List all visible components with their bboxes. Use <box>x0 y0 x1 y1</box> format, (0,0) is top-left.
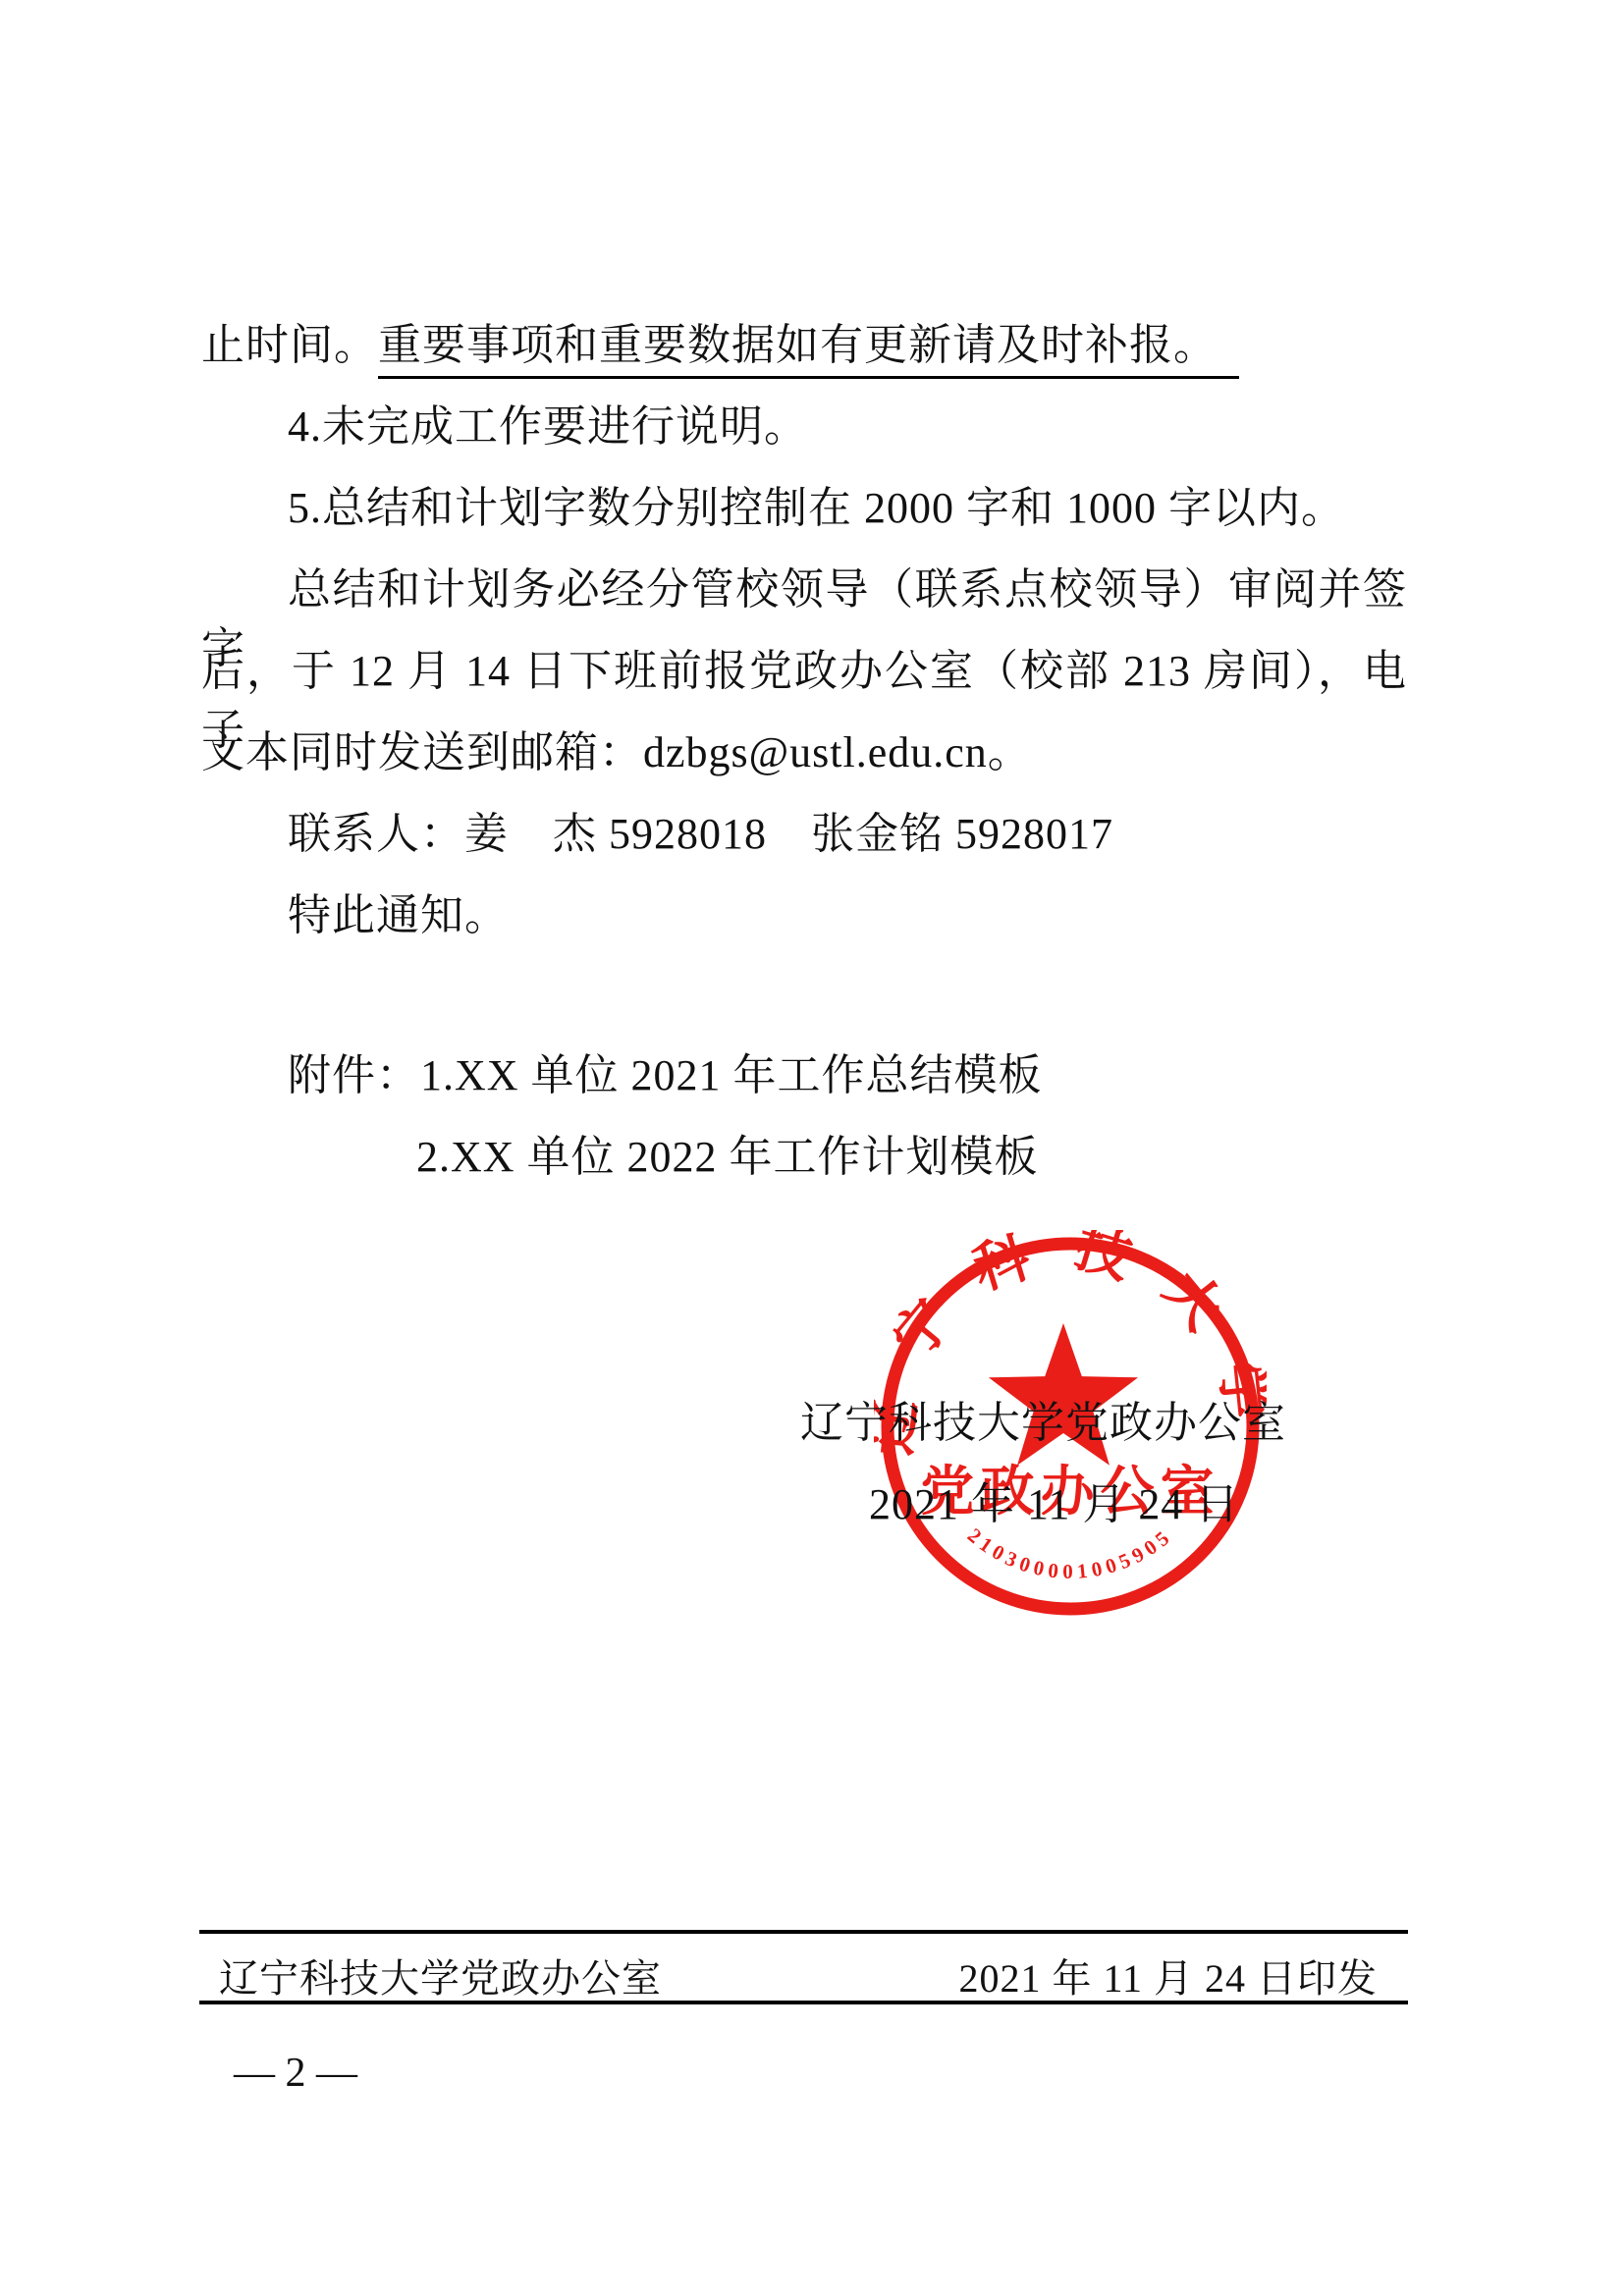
seal-code: 210300001005905 <box>963 1523 1177 1583</box>
body-line-2: 4.未完成工作要进行说明。 <box>288 398 808 456</box>
signature-date: 2021 年 11 月 24 日 <box>869 1468 1239 1531</box>
document-page: 止时间。重要事项和重要数据如有更新请及时补报。 4.未完成工作要进行说明。 5.… <box>0 0 1624 2296</box>
body-line-6: 文本同时发送到邮箱：dzbgs@ustl.edu.cn。 <box>201 723 1032 782</box>
body-line-7: 联系人：姜 杰 5928018 张金铭 5928017 <box>288 805 1113 864</box>
attachment-line-2: 2.XX 单位 2022 年工作计划模板 <box>416 1128 1039 1187</box>
attachment-line-1: 附件：1.XX 单位 2021 年工作总结模板 <box>288 1046 1043 1105</box>
body-line-1-underlined: 重要事项和重要数据如有更新请及时补报。 <box>378 321 1239 379</box>
footer-issuer: 辽宁科技大学党政办公室 <box>219 1948 662 2003</box>
body-line-1-plain: 止时间。 <box>201 321 378 369</box>
body-line-3: 5.总结和计划字数分别控制在 2000 字和 1000 字以内。 <box>288 479 1345 538</box>
footer-print-date: 2021 年 11 月 24 日印发 <box>958 1948 1378 2003</box>
footer-rule-top <box>199 1930 1408 1934</box>
signature-org: 辽宁科技大学党政办公室 <box>800 1387 1286 1450</box>
body-line-1: 止时间。重要事项和重要数据如有更新请及时补报。 <box>201 316 1239 375</box>
body-line-8: 特此通知。 <box>288 886 509 945</box>
footer-rule-bottom <box>199 2001 1408 2004</box>
page-number: — 2 — <box>234 2050 357 2097</box>
